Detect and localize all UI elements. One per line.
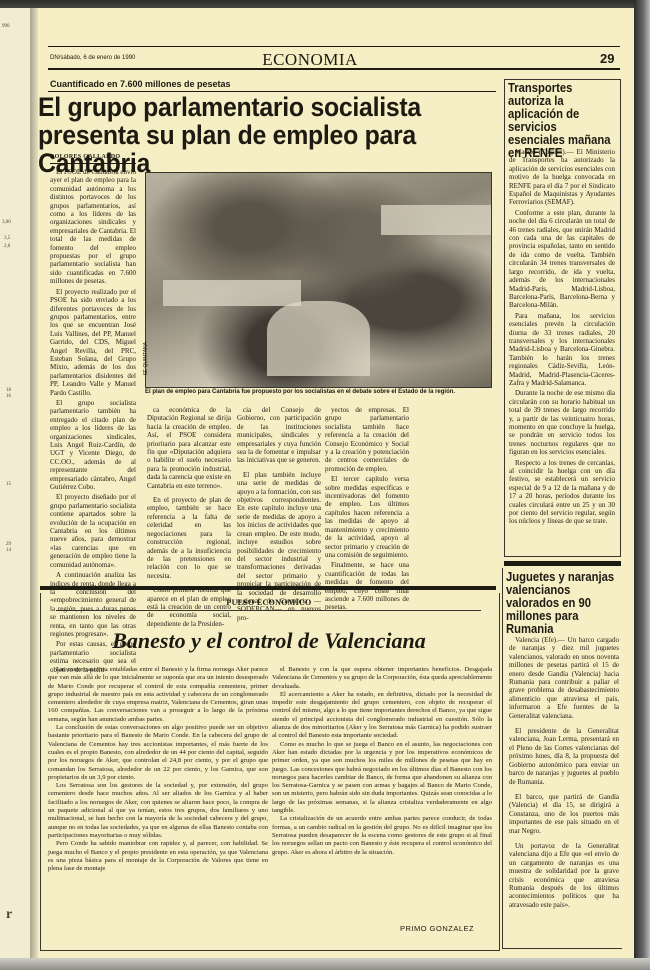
paragraph: El tercer capítulo versa sobre medidas e… (325, 475, 409, 559)
byline-rule (50, 163, 136, 164)
section-title: ECONOMIA (225, 50, 395, 70)
pulso-left-column: Las conversaciones entabladas entre el B… (48, 666, 268, 873)
prev-page-fragment: 16 (6, 394, 11, 400)
sidebar-divider (504, 561, 621, 566)
prev-page-fragment: r (6, 908, 12, 922)
section-divider (40, 586, 496, 590)
paragraph: Para mañana, los servicios esenciales pr… (509, 312, 615, 388)
paragraph: El proyecto realizado por el PSOE ha sid… (50, 288, 136, 397)
article-column-4: yectos de empresas. El grupo parlamentar… (325, 406, 409, 614)
prev-page-fragment: 3,00 (2, 220, 11, 226)
prev-page-fragment: 990 (2, 24, 10, 30)
issue-date: DN/sábado, 6 de enero de 1990 (50, 55, 135, 61)
paragraph: Durante la noche de ese mismo día circul… (509, 389, 615, 456)
prev-page-fragment: 15 (6, 482, 11, 488)
paragraph: El acercamiento a Aker ha estado, en def… (272, 691, 492, 741)
column-label-rule (56, 610, 481, 611)
paragraph: El grupo socialista parlamentario tambié… (50, 399, 136, 491)
article-byline: DOLORES GALLARDO (50, 154, 120, 160)
paragraph: Un portavoz de la Generalitat valenciana… (509, 842, 619, 909)
paragraph: Valencia (Efe).— Un barco cargado de nar… (509, 636, 619, 720)
prev-page-fragment: 14 (6, 548, 11, 554)
sidebar-headline-rumania: Juguetes y naranjas valencianos valorado… (506, 571, 619, 636)
scan-bottom-edge (0, 958, 650, 970)
page-number: 29 (600, 51, 614, 66)
paragraph: cia del Consejo de Gobierno, con partici… (237, 406, 321, 465)
paragraph: Las conversaciones entabladas entre el B… (48, 666, 268, 724)
pulso-right-column: el Banesto y con la que espera obtener i… (272, 666, 492, 857)
article-headline: El grupo parlamentario socialista presen… (38, 93, 461, 177)
paragraph: El PSOE de Cantabria envió ayer el plan … (50, 168, 136, 286)
paragraph: Madrid (Colpisa).— El Ministerio de Tran… (509, 148, 615, 207)
sidebar-rule (502, 568, 503, 948)
prev-page-fragment: 3,5 (4, 236, 10, 242)
column-title: Banesto y el control de Valenciana (40, 628, 498, 654)
paragraph: La cristalización de un acuerdo entre am… (272, 815, 492, 856)
sidebar-bottom-rule (502, 948, 622, 949)
paragraph: yectos de empresas. El grupo parlamentar… (325, 406, 409, 473)
header-top-rule (48, 46, 620, 47)
parliament-photo (145, 172, 492, 388)
paragraph: La conclusión de estas conversaciones en… (48, 724, 268, 782)
paragraph: El barco, que partirá de Gandía (Valenci… (509, 793, 619, 835)
paragraph: El presidente de la Generalitat valencia… (509, 727, 619, 786)
sidebar-text-rumania: Valencia (Efe).— Un barco cargado de nar… (509, 636, 619, 911)
article-column-3: cia del Consejo de Gobierno, con partici… (237, 406, 321, 624)
photo-credit: SE QUINTANA (143, 342, 149, 376)
paragraph: En el proyecto de plan de empleo, tambié… (147, 496, 231, 580)
page-gutter (30, 8, 38, 970)
column-label: PULSO ECONOMICO (40, 598, 498, 607)
photo-caption: El plan de empleo para Cantabria fue pro… (145, 389, 495, 395)
author-signature: PRIMO GONZALEZ (400, 924, 474, 933)
header-bottom-rule (48, 68, 620, 70)
paragraph: El proyecto diseñado por el grupo parlam… (50, 493, 136, 569)
paragraph: ca económica de la Diputación Regional s… (147, 406, 231, 490)
prev-page-fragment: 2,0 (4, 244, 10, 250)
paragraph: Pero Conde ha sabido maniobrar con rapid… (48, 840, 268, 873)
sidebar-text-renfe: Madrid (Colpisa).— El Ministerio de Tran… (509, 148, 615, 528)
scan-right-edge (634, 0, 650, 970)
previous-page-edge: 990 3,00 3,5 2,0 18 16 15 29 14 r (0, 8, 31, 970)
paragraph: el Banesto y con la que espera obtener i… (272, 666, 492, 691)
paragraph: Los Serratosa son los gestores de la soc… (48, 782, 268, 840)
article-kicker: Cuantificado en 7.600 millones de peseta… (50, 79, 231, 89)
paragraph: Como es mucho lo que se juega el Banco e… (272, 741, 492, 816)
paragraph: Conforme a este plan, durante la noche d… (509, 209, 615, 310)
paragraph: Respecto a los trenes de cercanías, al c… (509, 459, 615, 526)
